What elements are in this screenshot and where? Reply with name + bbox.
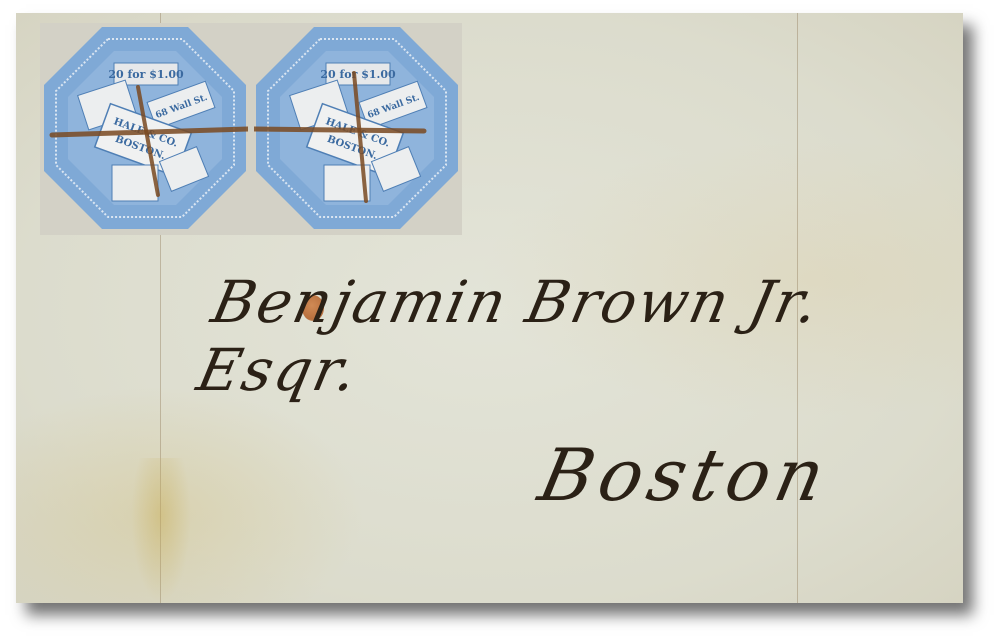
stamp-2: 20 for $1.00 68 Wall St. HALE & CO. BOST…	[254, 25, 460, 231]
octagonal-stamp-icon: 20 for $1.00 68 Wall St. HALE & CO. BOST…	[42, 25, 248, 231]
addressee-city: Boston	[532, 433, 838, 517]
stamp-1: 20 for $1.00 68 Wall St. HALE & CO. BOST…	[42, 25, 248, 231]
svg-text:20 for $1.00: 20 for $1.00	[108, 68, 184, 81]
water-stain	[131, 458, 191, 603]
svg-text:20 for $1.00: 20 for $1.00	[320, 68, 396, 81]
envelope-cover: 20 for $1.00 68 Wall St. HALE & CO. BOST…	[16, 13, 963, 603]
addressee-name: Benjamin Brown Jr. Esqr.	[192, 268, 978, 404]
stamp-pair: 20 for $1.00 68 Wall St. HALE & CO. BOST…	[40, 23, 462, 235]
octagonal-stamp-icon: 20 for $1.00 68 Wall St. HALE & CO. BOST…	[254, 25, 460, 231]
